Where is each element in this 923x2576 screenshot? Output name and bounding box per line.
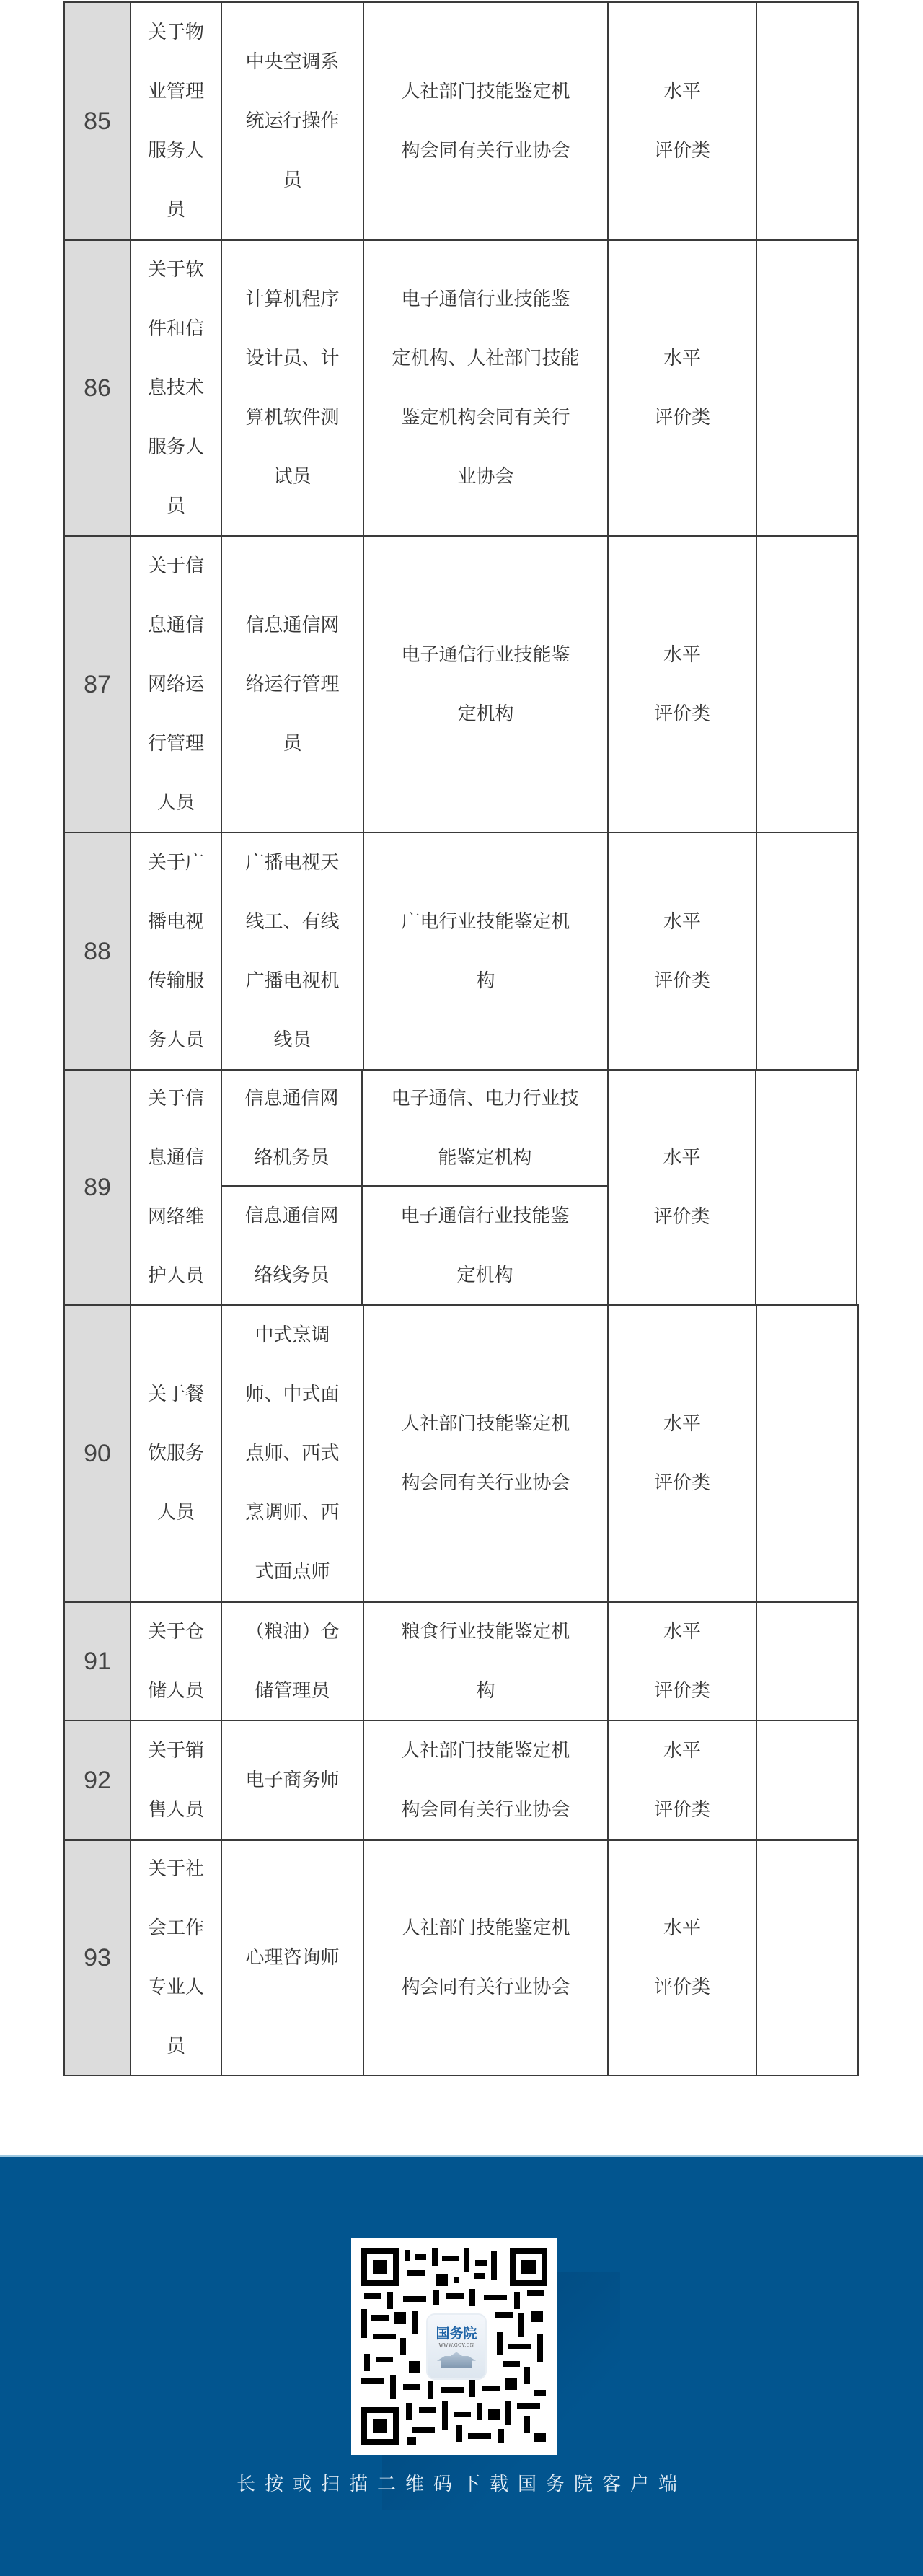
qr-module xyxy=(419,2407,436,2413)
logo-url: WWW.GOV.CN xyxy=(439,2343,474,2348)
org-cell: 电子通信、电力行业技 能鉴定机构 xyxy=(361,1069,609,1187)
qr-module xyxy=(537,2334,543,2362)
org-text: 广电行业技能鉴定机 构 xyxy=(401,892,570,1011)
category-text: 关于广 播电视 传输服 务人员 xyxy=(148,833,204,1070)
row-number-cell: 88 xyxy=(63,832,131,1071)
qr-module xyxy=(464,2248,469,2272)
type-text: 水平 评价类 xyxy=(654,1602,710,1720)
occupation-cell: （粮油）仓 储管理员 xyxy=(221,1601,364,1721)
qr-module xyxy=(484,2295,507,2300)
qr-module xyxy=(406,2403,412,2420)
qr-module xyxy=(508,2344,531,2349)
category-cell: 关于餐 饮服务 人员 xyxy=(130,1304,222,1603)
qr-module xyxy=(441,2387,464,2393)
row-number-cell: 90 xyxy=(63,1304,131,1603)
qr-module xyxy=(371,2315,389,2321)
org-text: 电子通信行业技能鉴 定机构、人社部门技能 鉴定机构会同有关行 业协会 xyxy=(392,270,579,506)
qr-module xyxy=(534,2433,546,2442)
org-text: 电子通信行业技能鉴 定机构 xyxy=(400,1187,569,1305)
occupation-text: （粮油）仓 储管理员 xyxy=(245,1602,339,1720)
occupation-cell: 中央空调系 统运行操作 员 xyxy=(221,1,364,241)
type-cell: 水平 评价类 xyxy=(607,535,757,833)
category-cell: 关于社 会工作 专业人 员 xyxy=(130,1839,222,2076)
org-text: 电子通信、电力行业技 能鉴定机构 xyxy=(391,1069,578,1187)
qr-module xyxy=(400,2338,406,2355)
qr-module xyxy=(524,2416,530,2433)
logo-title: 国务院 xyxy=(436,2326,477,2342)
building-icon xyxy=(437,2352,476,2368)
occupation-text: 信息通信网 络运行管理 员 xyxy=(245,596,339,773)
qr-module xyxy=(505,2378,517,2390)
note-cell xyxy=(756,1601,859,1721)
type-cell: 水平 评价类 xyxy=(607,1304,757,1603)
org-text: 人社部门技能鉴定机 构会同有关行业协会 xyxy=(401,1899,570,2017)
occupation-text: 心理咨询师 xyxy=(245,1928,339,1987)
qr-module xyxy=(407,2270,425,2276)
qr-module xyxy=(415,2254,426,2260)
note-cell xyxy=(755,1069,857,1306)
qr-code[interactable]: 国务院 WWW.GOV.CN xyxy=(351,2238,557,2455)
qr-finder-bottom-left-icon xyxy=(361,2407,399,2445)
occupation-cell: 信息通信网 络线务员 xyxy=(221,1185,363,1306)
qr-finder-top-left-icon xyxy=(361,2248,399,2286)
type-cell: 水平 评价类 xyxy=(607,1839,757,2076)
type-text: 水平 评价类 xyxy=(654,62,710,180)
qualification-table: 85 关于物 业管理 服务人 员 中央空调系 统运行操作 员 人社部门技能鉴定机… xyxy=(0,0,923,2078)
qr-module xyxy=(469,2380,475,2397)
qr-module xyxy=(482,2386,500,2391)
qr-module xyxy=(454,2277,459,2283)
qr-module xyxy=(433,2290,439,2305)
row-number: 92 xyxy=(84,1751,111,1810)
category-text: 关于销 售人员 xyxy=(148,1721,204,1839)
category-cell: 关于广 播电视 传输服 务人员 xyxy=(130,832,222,1071)
note-cell xyxy=(756,1839,859,2076)
org-cell: 人社部门技能鉴定机 构会同有关行业协会 xyxy=(363,1839,609,2076)
qr-module xyxy=(403,2384,420,2390)
type-text: 水平 评价类 xyxy=(654,329,710,447)
category-text: 关于信 息通信 网络运 行管理 人员 xyxy=(148,537,204,832)
qr-module xyxy=(498,2429,504,2443)
org-text: 人社部门技能鉴定机 构会同有关行业协会 xyxy=(401,1721,570,1839)
org-cell: 人社部门技能鉴定机 构会同有关行业协会 xyxy=(363,1304,609,1603)
type-cell: 水平 评价类 xyxy=(607,1720,757,1841)
occupation-cell: 心理咨询师 xyxy=(221,1839,364,2076)
row-number-cell: 89 xyxy=(63,1069,131,1306)
qr-module xyxy=(387,2292,393,2309)
qr-code-pattern: 国务院 WWW.GOV.CN xyxy=(361,2248,547,2445)
qr-module xyxy=(505,2401,511,2425)
qr-module xyxy=(446,2293,464,2299)
category-text: 关于物 业管理 服务人 员 xyxy=(148,3,204,239)
note-cell xyxy=(756,1,859,241)
type-text: 水平 评价类 xyxy=(653,1128,710,1247)
org-text: 粮食行业技能鉴定机 构 xyxy=(401,1602,570,1720)
qr-module xyxy=(495,2312,513,2318)
category-text: 关于信 息通信 网络维 护人员 xyxy=(148,1069,204,1306)
qr-module xyxy=(475,2260,487,2266)
row-number-cell: 85 xyxy=(63,1,131,241)
occupation-text: 广播电视天 线工、有线 广播电视机 线员 xyxy=(245,833,339,1070)
qr-caption: 长按或扫描二维码下载国务院客户端 xyxy=(0,2470,923,2499)
type-text: 水平 评价类 xyxy=(654,625,710,744)
note-cell xyxy=(756,535,859,833)
qr-module xyxy=(442,2401,448,2430)
type-text: 水平 评价类 xyxy=(654,1394,710,1513)
qr-module xyxy=(403,2296,426,2302)
qr-module xyxy=(364,2293,381,2299)
qr-module xyxy=(412,2427,435,2433)
category-cell: 关于销 售人员 xyxy=(130,1720,222,1841)
occupation-text: 中央空调系 统运行操作 员 xyxy=(245,32,339,210)
category-cell: 关于软 件和信 息技术 服务人 员 xyxy=(130,239,222,537)
qr-module xyxy=(527,2290,544,2296)
row-number-cell: 86 xyxy=(63,239,131,537)
qr-module xyxy=(477,2403,482,2420)
row-number: 93 xyxy=(84,1928,111,1987)
occupation-cell: 信息通信网 络运行管理 员 xyxy=(221,535,364,833)
type-cell: 水平 评价类 xyxy=(607,1,757,241)
gov-app-logo-icon: 国务院 WWW.GOV.CN xyxy=(426,2313,487,2380)
type-cell: 水平 评价类 xyxy=(607,1601,757,1721)
occupation-cell: 电子商务师 xyxy=(221,1720,364,1841)
org-cell: 电子通信行业技能鉴 定机构、人社部门技能 鉴定机构会同有关行 业协会 xyxy=(363,239,609,537)
row-number-cell: 91 xyxy=(63,1601,131,1721)
qr-module xyxy=(517,2403,540,2409)
occupation-cell: 中式烹调 师、中式面 点师、西式 烹调师、西 式面点师 xyxy=(221,1304,364,1603)
qr-module xyxy=(376,2357,393,2362)
org-cell: 广电行业技能鉴定机 构 xyxy=(363,832,609,1071)
occupation-cell: 信息通信网 络机务员 xyxy=(221,1069,363,1187)
row-number: 89 xyxy=(84,1158,111,1217)
qr-module xyxy=(390,2375,396,2399)
qr-module xyxy=(468,2433,491,2439)
note-cell xyxy=(756,1304,859,1603)
qr-module xyxy=(469,2289,475,2306)
type-text: 水平 评价类 xyxy=(654,892,710,1011)
qr-module xyxy=(373,2334,396,2339)
qr-module xyxy=(405,2250,410,2261)
row-number: 85 xyxy=(84,92,111,151)
row-number: 86 xyxy=(84,359,111,418)
org-cell: 电子通信行业技能鉴 定机构 xyxy=(361,1185,609,1306)
type-text: 水平 评价类 xyxy=(654,1899,710,2017)
qr-module xyxy=(428,2381,433,2399)
occupation-text: 计算机程序 设计员、计 算机软件测 试员 xyxy=(245,270,339,506)
occupation-text: 信息通信网 络线务员 xyxy=(244,1187,338,1305)
qr-module xyxy=(531,2311,543,2322)
note-cell xyxy=(756,832,859,1071)
org-cell: 人社部门技能鉴定机 构会同有关行业协会 xyxy=(363,1720,609,1841)
occupation-cell: 计算机程序 设计员、计 算机软件测 试员 xyxy=(221,239,364,537)
category-text: 关于软 件和信 息技术 服务人 员 xyxy=(148,240,204,536)
row-number: 91 xyxy=(84,1632,111,1691)
type-text: 水平 评价类 xyxy=(654,1721,710,1839)
qr-module xyxy=(412,2311,418,2334)
org-text: 电子通信行业技能鉴 定机构 xyxy=(401,625,570,744)
category-cell: 关于信 息通信 网络维 护人员 xyxy=(130,1069,222,1306)
qr-module xyxy=(456,2425,462,2442)
category-cell: 关于仓 储人员 xyxy=(130,1601,222,1721)
qr-module xyxy=(488,2409,500,2420)
category-cell: 关于信 息通信 网络运 行管理 人员 xyxy=(130,535,222,833)
category-cell: 关于物 业管理 服务人 员 xyxy=(130,1,222,241)
qr-module xyxy=(394,2312,406,2324)
qr-module xyxy=(497,2332,503,2355)
qr-finder-top-right-icon xyxy=(510,2248,547,2286)
category-text: 关于仓 储人员 xyxy=(148,1602,204,1720)
type-cell: 水平 评价类 xyxy=(607,1069,756,1306)
org-cell: 电子通信行业技能鉴 定机构 xyxy=(363,535,609,833)
qr-module xyxy=(454,2412,471,2417)
qr-module xyxy=(518,2313,524,2337)
row-number-cell: 87 xyxy=(63,535,131,833)
occupation-text: 信息通信网 络机务员 xyxy=(244,1069,338,1187)
occupation-text: 中式烹调 师、中式面 点师、西式 烹调师、西 式面点师 xyxy=(245,1306,339,1601)
qr-module xyxy=(503,2361,520,2367)
note-cell xyxy=(756,1720,859,1841)
org-text: 人社部门技能鉴定机 构会同有关行业协会 xyxy=(401,1394,570,1513)
qr-module xyxy=(361,2378,384,2384)
qr-module xyxy=(361,2309,367,2338)
category-text: 关于社 会工作 专业人 员 xyxy=(148,1839,204,2076)
category-text: 关于餐 饮服务 人员 xyxy=(148,1365,204,1542)
row-number-cell: 93 xyxy=(63,1839,131,2076)
qr-module xyxy=(442,2256,459,2261)
qr-module xyxy=(407,2437,416,2445)
org-text: 人社部门技能鉴定机 构会同有关行业协会 xyxy=(401,62,570,180)
occupation-text: 电子商务师 xyxy=(245,1751,339,1810)
row-number: 87 xyxy=(84,655,111,714)
type-cell: 水平 评价类 xyxy=(607,239,757,537)
qr-module xyxy=(534,2390,546,2396)
qr-module xyxy=(409,2361,420,2373)
row-number: 90 xyxy=(84,1424,111,1483)
org-cell: 人社部门技能鉴定机 构会同有关行业协会 xyxy=(363,1,609,241)
qr-module xyxy=(364,2354,370,2371)
qr-module xyxy=(524,2367,530,2384)
qr-module xyxy=(432,2248,438,2266)
org-cell: 粮食行业技能鉴定机 构 xyxy=(363,1601,609,1721)
qr-module xyxy=(474,2273,485,2279)
type-cell: 水平 评价类 xyxy=(607,832,757,1071)
qr-module xyxy=(491,2251,497,2280)
row-number: 88 xyxy=(84,922,111,981)
note-cell xyxy=(756,239,859,537)
qr-module xyxy=(436,2274,448,2286)
occupation-cell: 广播电视天 线工、有线 广播电视机 线员 xyxy=(221,832,364,1071)
qr-module xyxy=(514,2292,520,2309)
row-number-cell: 92 xyxy=(63,1720,131,1841)
